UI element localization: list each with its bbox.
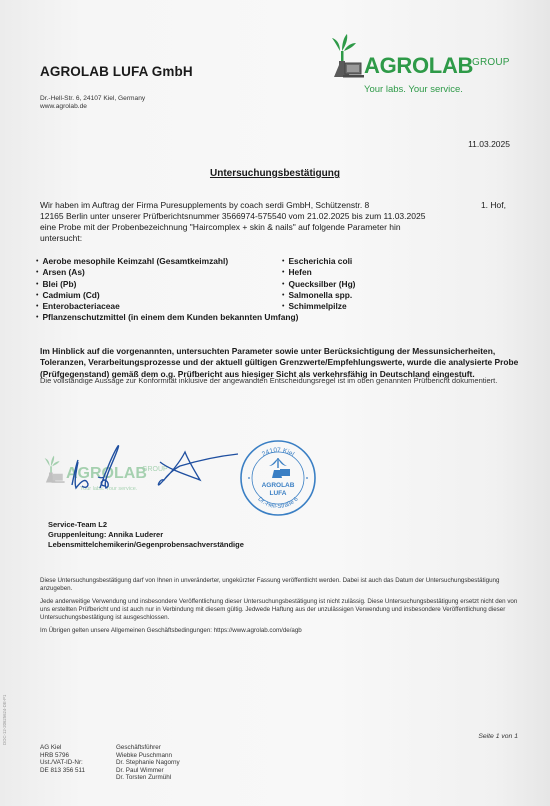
stamp-center-line-2: LUFA — [270, 490, 287, 497]
intro-paragraph: Wir haben im Auftrag der Firma Puresuppl… — [40, 200, 520, 244]
flask-plant-laptop-icon — [330, 33, 364, 81]
parameter: Quecksilber (Hg) — [288, 279, 355, 289]
bullet: • — [282, 281, 284, 288]
parameter: Hefen — [288, 267, 311, 277]
list-item: •Enterobacteriaceae •Schimmelpilze — [36, 301, 516, 312]
parameter: Aerobe mesophile Keimzahl (Gesamtkeimzah… — [42, 256, 228, 266]
intro-line-1-right: 1. Hof, — [481, 200, 506, 211]
intro-line-2: 12165 Berlin unter unserer Prüfberichtsn… — [40, 211, 520, 222]
group-lead: Gruppenleitung: Annika Luderer — [48, 530, 244, 540]
parameter: Escherichia coli — [288, 256, 352, 266]
page-number: Seite 1 von 1 — [478, 733, 518, 740]
manager-name: Dr. Paul Wimmer — [116, 767, 180, 775]
manager-name: Wiebke Puschmann — [116, 752, 180, 760]
bullet: • — [36, 303, 38, 310]
intro-line-1: Wir haben im Auftrag der Firma Puresuppl… — [40, 200, 369, 211]
list-item: •Pflanzenschutzmittel (in einem dem Kund… — [36, 312, 516, 323]
conformity-note: Die vollständige Aussage zur Konformität… — [40, 376, 520, 386]
intro-line-3: eine Probe mit der Probenbezeichnung "Ha… — [40, 222, 520, 233]
list-item: •Aerobe mesophile Keimzahl (Gesamtkeimza… — [36, 256, 516, 267]
bullet: • — [36, 292, 38, 299]
parameter: Schimmelpilze — [288, 301, 346, 311]
company-address: Dr.-Hell-Str. 6, 24107 Kiel, Germany www… — [40, 95, 145, 111]
parameter-list: •Aerobe mesophile Keimzahl (Gesamtkeimza… — [36, 256, 516, 324]
bullet: • — [36, 281, 38, 288]
management-title: Geschäftsführer — [116, 744, 180, 752]
footnote-usage: Jede anderweitige Verwendung und insbeso… — [40, 598, 520, 622]
bullet: • — [282, 269, 284, 276]
company-name: AGROLAB LUFA GmbH — [40, 64, 193, 79]
parameter: Blei (Pb) — [42, 279, 76, 289]
stamp-bottom-text: Dr.-Hell-Straße 6 — [256, 496, 300, 510]
vat-label: Ust./VAT-ID-Nr: — [40, 759, 85, 767]
parameter: Cadmium (Cd) — [42, 290, 99, 300]
list-item: •Cadmium (Cd) •Salmonella spp. — [36, 290, 516, 301]
footnote-terms: Im Übrigen gelten unsere Allgemeinen Ges… — [40, 627, 520, 635]
registry-court: AG Kiel — [40, 744, 85, 752]
document-title: Untersuchungsbestätigung — [0, 168, 550, 179]
bullet: • — [282, 292, 284, 299]
intro-line-4: untersucht: — [40, 233, 520, 244]
bullet: • — [36, 314, 38, 321]
bullet: • — [282, 303, 284, 310]
verdict-paragraph: Im Hinblick auf die vorgenannten, unters… — [40, 346, 520, 380]
footnotes: Diese Untersuchungsbestätigung darf von … — [40, 577, 520, 641]
logo-wordmark: AGROLAB — [364, 53, 473, 79]
stamp-top-text: 24107 Kiel — [261, 447, 296, 458]
svg-text:24107 Kiel: 24107 Kiel — [261, 447, 296, 458]
parameter: Arsen (As) — [42, 267, 84, 277]
footer-management: Geschäftsführer Wiebke Puschmann Dr. Ste… — [116, 744, 180, 782]
bullet: • — [282, 258, 284, 265]
signatory-block: Service-Team L2 Gruppenleitung: Annika L… — [48, 520, 244, 550]
footnote-publication: Diese Untersuchungsbestätigung darf von … — [40, 577, 520, 593]
svg-text:Dr.-Hell-Straße 6: Dr.-Hell-Straße 6 — [256, 496, 300, 510]
parameter: Salmonella spp. — [288, 290, 352, 300]
registry-hrb: HRB 5796 — [40, 752, 85, 760]
bullet: • — [36, 269, 38, 276]
document-date: 11.03.2025 — [468, 139, 510, 149]
logo-group: GROUP — [472, 57, 510, 68]
official-stamp: 24107 Kiel Dr.-Hell-Straße 6 AGROLAB LUF… — [238, 438, 318, 518]
list-item: •Blei (Pb) •Quecksilber (Hg) — [36, 279, 516, 290]
parameter: Enterobacteriaceae — [42, 301, 119, 311]
vat-number: DE 813 356 511 — [40, 767, 85, 775]
manager-name: Dr. Torsten Zurmühl — [116, 774, 180, 782]
list-item: •Arsen (As) •Hefen — [36, 267, 516, 278]
manager-name: Dr. Stephanie Nagorny — [116, 759, 180, 767]
handwritten-signature — [60, 440, 240, 500]
address-street: Dr.-Hell-Str. 6, 24107 Kiel, Germany — [40, 95, 145, 103]
bullet: • — [36, 258, 38, 265]
document-code: DOC-12-20625624-DE-P1 — [2, 695, 7, 745]
logo-tagline: Your labs. Your service. — [364, 84, 463, 95]
footer-registry: AG Kiel HRB 5796 Ust./VAT-ID-Nr: DE 813 … — [40, 744, 85, 774]
parameter: Pflanzenschutzmittel (in einem dem Kunde… — [42, 312, 298, 322]
service-team: Service-Team L2 — [48, 520, 244, 530]
stamp-center-line-1: AGROLAB — [262, 482, 295, 489]
address-website: www.agrolab.de — [40, 103, 145, 111]
signatory-role: Lebensmittelchemikerin/Gegenprobensachve… — [48, 540, 244, 550]
